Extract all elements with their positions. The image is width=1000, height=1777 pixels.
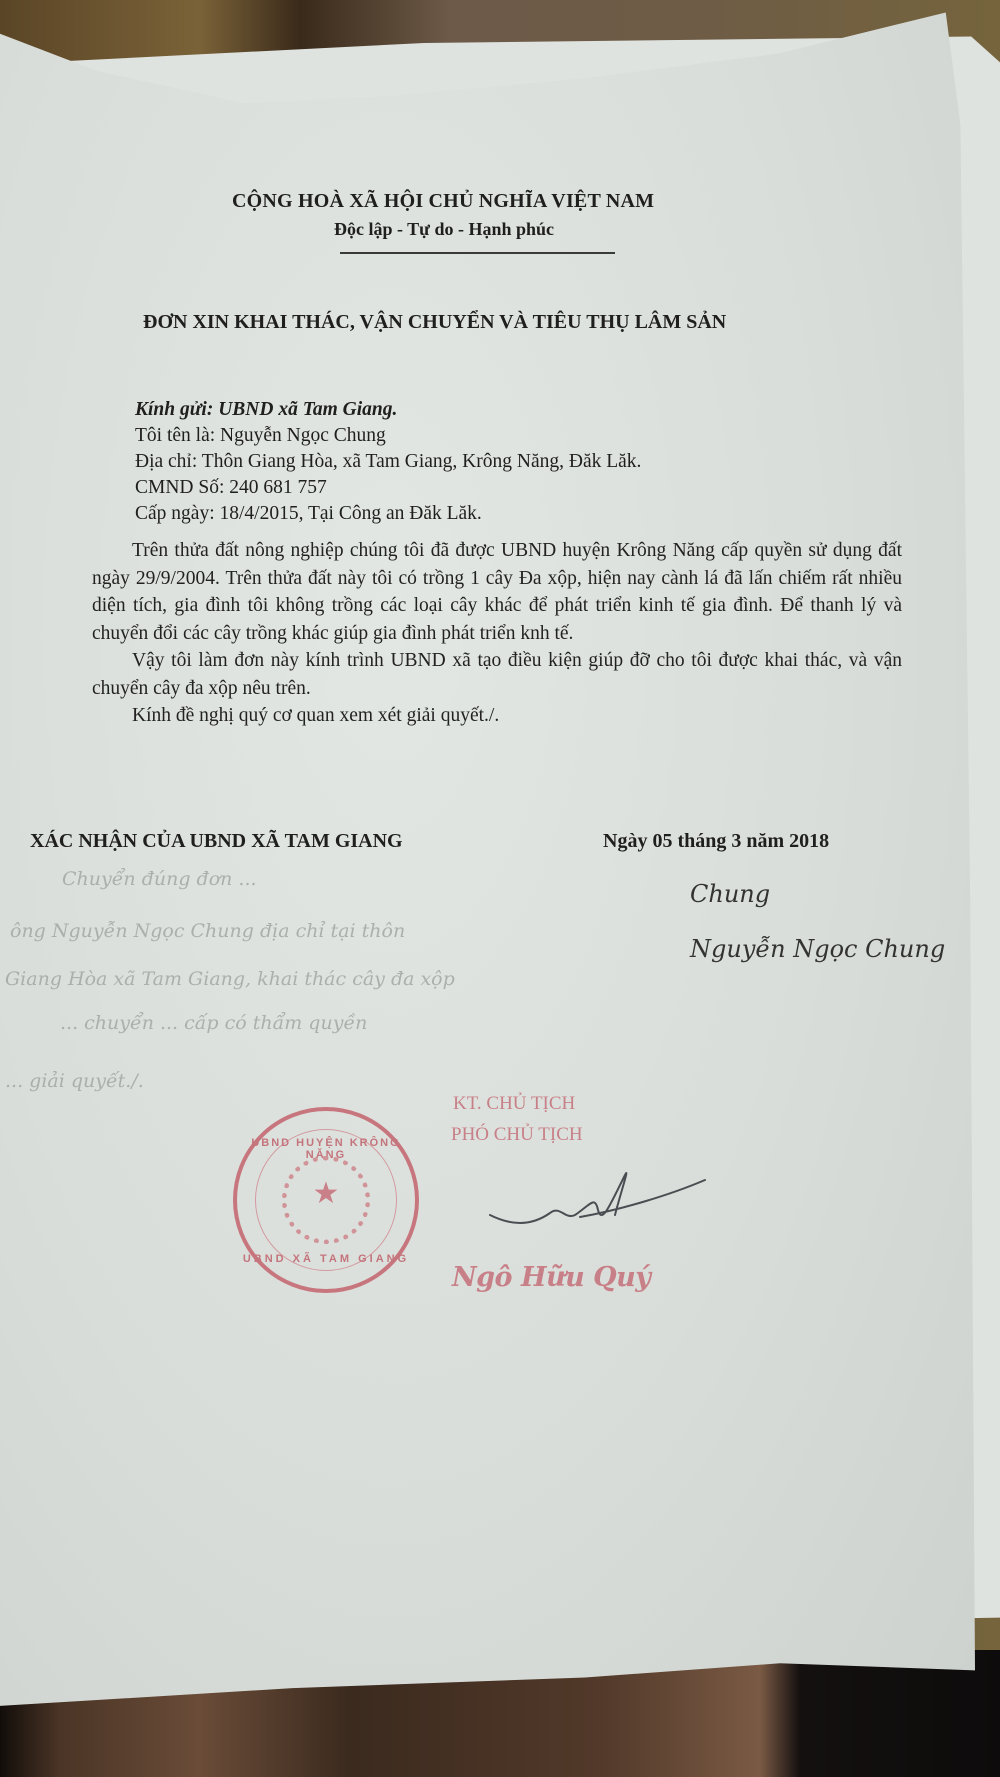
handwritten-note-line-5: ... giải quyết./. (5, 1070, 144, 1092)
national-title: CỘNG HOÀ XÃ HỘI CHỦ NGHĨA VIỆT NAM (232, 190, 654, 213)
applicant-name: Tôi tên là: Nguyễn Ngọc Chung (135, 425, 386, 447)
official-title-line-1: KT. CHỦ TỊCH (453, 1093, 575, 1115)
applicant-handwritten-name: Nguyễn Ngọc Chung (690, 935, 945, 963)
applicant-address: Địa chỉ: Thôn Giang Hòa, xã Tam Giang, K… (135, 451, 641, 473)
motto: Độc lập - Tự do - Hạnh phúc (334, 219, 554, 240)
stamp-text-bottom: UBND XÃ TAM GIANG (237, 1253, 415, 1265)
handwritten-note-line-4: ... chuyển ... cấp có thẩm quyền (60, 1012, 367, 1034)
official-stamp: UBND HUYỆN KRÔNG NĂNG ★ UBND XÃ TAM GIAN… (233, 1107, 419, 1293)
document-date: Ngày 05 tháng 3 năm 2018 (603, 830, 829, 853)
body-paragraph-1: Trên thửa đất nông nghiệp chúng tôi đã đ… (92, 537, 902, 647)
id-issue-info: Cấp ngày: 18/4/2015, Tại Công an Đăk Lăk… (135, 503, 482, 525)
motto-underline (340, 252, 615, 254)
body-paragraph-3: Kính đề nghị quý cơ quan xem xét giải qu… (92, 702, 902, 730)
applicant-id: CMND Số: 240 681 757 (135, 477, 327, 499)
document-page: CỘNG HOÀ XÃ HỘI CHỦ NGHĨA VIỆT NAM Độc l… (0, 0, 975, 1777)
document-title: ĐƠN XIN KHAI THÁC, VẬN CHUYỂN VÀ TIÊU TH… (143, 311, 726, 334)
handwritten-note-line-2: ông Nguyễn Ngọc Chung địa chỉ tại thôn (10, 920, 405, 942)
handwritten-note-line-1: Chuyển đúng đơn ... (62, 868, 257, 890)
body-paragraph-2: Vậy tôi làm đơn này kính trình UBND xã t… (92, 647, 902, 702)
official-title-line-2: PHÓ CHỦ TỊCH (451, 1124, 583, 1146)
request-body: Trên thửa đất nông nghiệp chúng tôi đã đ… (92, 537, 902, 730)
confirmation-heading: XÁC NHẬN CỦA UBND XÃ TAM GIANG (30, 830, 403, 853)
official-name: Ngô Hữu Quý (452, 1262, 650, 1293)
addressee: Kính gửi: UBND xã Tam Giang. (135, 399, 397, 421)
official-signature (480, 1155, 710, 1245)
star-emblem-icon: ★ (282, 1156, 370, 1244)
handwritten-note-line-3: Giang Hòa xã Tam Giang, khai thác cây đa… (5, 968, 455, 990)
applicant-signature-mark: Chung (690, 880, 770, 908)
